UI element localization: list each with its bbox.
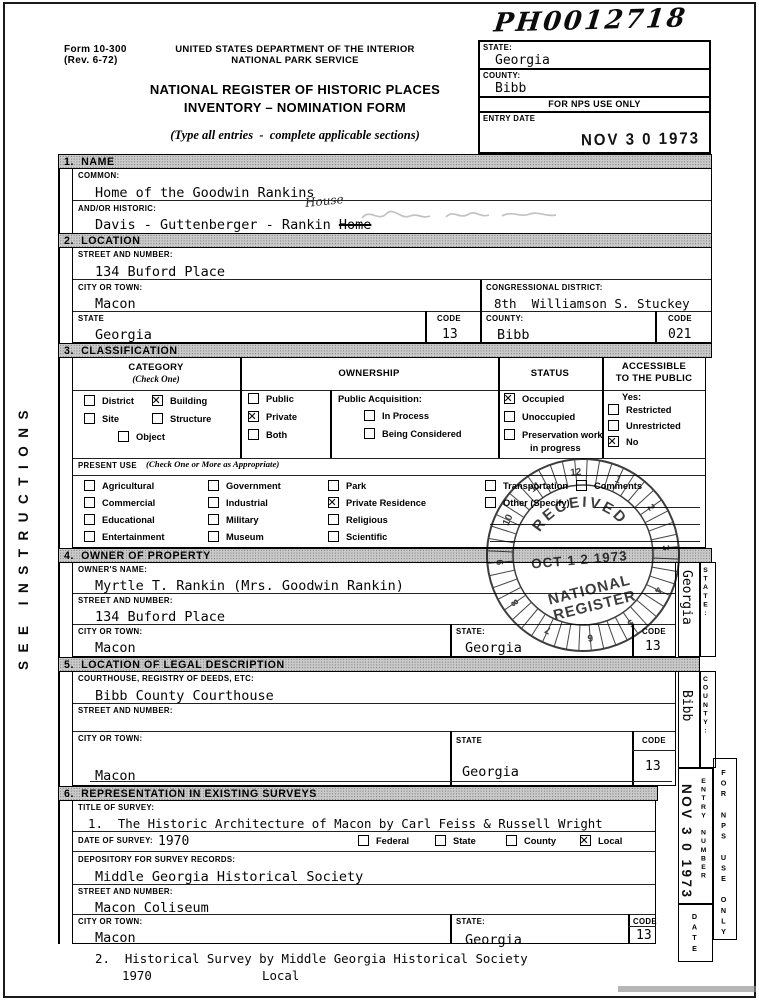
survey-date-label: DATE OF SURVEY:	[78, 836, 153, 845]
section-3-header: 3. CLASSIFICATION	[58, 343, 712, 358]
survey-state-value: Georgia	[465, 933, 522, 948]
category-subheader: (Check One)	[72, 374, 240, 384]
checkbox-agricultural-label: Agricultural	[102, 481, 154, 491]
owner-code-label: CODE	[642, 627, 666, 636]
checkbox-site-label: Site	[102, 414, 119, 424]
survey-state-label: STATE:	[456, 917, 485, 926]
blank-line	[490, 524, 700, 525]
street-label: STREET AND NUMBER:	[78, 250, 173, 259]
checkbox-no	[608, 436, 619, 447]
county-code-label: CODE	[668, 314, 692, 323]
checkbox-local	[580, 835, 591, 846]
category-header: CATEGORY	[72, 362, 240, 373]
courthouse-label: COURTHOUSE, REGISTRY OF DEEDS, ETC:	[78, 674, 254, 683]
checkbox-private-label: Private	[266, 412, 297, 422]
footer-survey-line: 2. Historical Survey by Middle Georgia H…	[95, 952, 528, 966]
handwritten-scribble	[356, 203, 566, 227]
legal-city-label: CITY OR TOWN:	[78, 734, 142, 743]
checkbox-local-label: Local	[598, 836, 622, 846]
checkbox-private-residence-label: Private Residence	[346, 498, 426, 508]
checkbox-private-residence	[328, 497, 339, 508]
public-acquisition-label: Public Acquisition:	[338, 394, 422, 404]
form-title-line2: INVENTORY – NOMINATION FORM	[100, 100, 490, 115]
nps-county-label: COUNTY:	[483, 71, 520, 80]
nps-county-value: Bibb	[495, 82, 526, 96]
checkbox-object-label: Object	[136, 432, 165, 442]
checkbox-military	[208, 514, 219, 525]
checkbox-occupied-label: Occupied	[522, 394, 564, 404]
checkbox-federal	[358, 835, 369, 846]
survey-code-value: 13	[636, 929, 652, 943]
checkbox-military-label: Military	[226, 515, 259, 525]
checkbox-entertainment-label: Entertainment	[102, 532, 165, 542]
checkbox-county	[506, 835, 517, 846]
county-value: Bibb	[497, 328, 530, 343]
legal-code-value: 13	[645, 760, 661, 774]
checkbox-district-label: District	[102, 396, 134, 406]
checkbox-state-label: State	[453, 836, 476, 846]
present-use-subheader: (Check One or More as Appropriate)	[146, 459, 279, 469]
checkbox-public	[248, 393, 259, 404]
checkbox-public-label: Public	[266, 394, 294, 404]
checkbox-commercial	[84, 497, 95, 508]
survey-date-value: 1970	[158, 835, 189, 849]
see-instructions-note: SEE INSTRUCTIONS	[16, 358, 31, 670]
checkbox-comments-label: Comments	[594, 481, 642, 491]
checkbox-building	[152, 395, 163, 406]
state-code-value: 13	[442, 328, 458, 342]
sidebar-county-label: COUNTY:	[702, 676, 709, 736]
scanned-form-page: PH0012718 Form 10-300 (Rev. 6-72) UNITED…	[0, 0, 759, 1000]
footer-survey-year: 1970	[122, 969, 152, 983]
checkbox-comments	[576, 480, 587, 491]
checkbox-agricultural	[84, 480, 95, 491]
checkbox-unoccupied	[504, 411, 515, 422]
type-note: (Type all entries - complete applicable …	[130, 128, 460, 143]
checkbox-restricted	[608, 404, 619, 415]
owner-state-label: STATE:	[456, 627, 485, 636]
section-2-header: 2. LOCATION	[58, 233, 712, 248]
survey-city-label: CITY OR TOWN:	[78, 917, 142, 926]
entry-rule-line	[90, 781, 672, 782]
historic-name-label: AND/OR HISTORIC:	[78, 204, 156, 213]
ownership-header: OWNERSHIP	[240, 368, 498, 379]
checkbox-unrestricted	[608, 420, 619, 431]
sidebar-county-value: Bibb	[679, 690, 694, 721]
common-name-label: COMMON:	[78, 171, 119, 180]
form-title-line1: NATIONAL REGISTER OF HISTORIC PLACES	[100, 82, 490, 97]
state-code-label: CODE	[437, 314, 461, 323]
county-label: COUNTY:	[486, 314, 523, 323]
historic-name-value: Davis - Guttenberger - Rankin Home	[95, 218, 371, 233]
checkbox-unoccupied-label: Unoccupied	[522, 412, 575, 422]
form-revision: (Rev. 6-72)	[64, 55, 118, 66]
checkbox-structure-label: Structure	[170, 414, 211, 424]
sidebar-entry-date-stamp: NOV 3 0 1973	[679, 784, 694, 900]
sidebar-state-label: STATE:	[702, 567, 709, 619]
nps-use-only-label: FOR NPS USE ONLY	[479, 99, 710, 109]
state-value: Georgia	[95, 328, 152, 343]
checkbox-object	[118, 431, 129, 442]
checkbox-restricted-label: Restricted	[626, 405, 671, 415]
owner-state-value: Georgia	[465, 641, 522, 656]
survey-title-label: TITLE OF SURVEY:	[78, 803, 154, 812]
checkbox-in-process	[364, 410, 375, 421]
section-6-header: 6. REPRESENTATION IN EXISTING SURVEYS	[58, 786, 658, 801]
survey-title-value: 1. The Historic Architecture of Macon by…	[88, 817, 603, 831]
checkbox-scientific-label: Scientific	[346, 532, 387, 542]
service-line: NATIONAL PARK SERVICE	[130, 55, 460, 66]
checkbox-scientific	[328, 531, 339, 542]
checkbox-commercial-label: Commercial	[102, 498, 155, 508]
depository-label: DEPOSITORY FOR SURVEY RECORDS:	[78, 855, 235, 864]
legal-state-value: Georgia	[462, 765, 519, 780]
department-line: UNITED STATES DEPARTMENT OF THE INTERIOR	[130, 44, 460, 55]
nps-state-label: STATE:	[483, 43, 512, 52]
checkbox-museum-label: Museum	[226, 532, 264, 542]
footer-survey-level: Local	[262, 969, 299, 983]
checkbox-other-label: Other (Specify)	[503, 498, 570, 508]
checkbox-private	[248, 411, 259, 422]
city-value: Macon	[95, 297, 136, 312]
status-header: STATUS	[498, 368, 602, 379]
congressional-value: 8th Williamson S. Stuckey	[494, 297, 690, 311]
depository-value: Middle Georgia Historical Society	[95, 870, 363, 885]
scan-artifact-bar	[618, 986, 756, 992]
entry-date-label: ENTRY DATE	[483, 114, 535, 123]
survey-street-label: STREET AND NUMBER:	[78, 887, 173, 896]
checkbox-preservation	[504, 429, 515, 440]
accessible-yes-label: Yes:	[622, 392, 641, 402]
checkbox-religious	[328, 514, 339, 525]
accessible-header-line1: ACCESSIBLE	[602, 361, 706, 372]
state-label: STATE	[78, 314, 104, 323]
owner-name-value: Myrtle T. Rankin (Mrs. Goodwin Rankin)	[95, 579, 404, 594]
checkbox-site	[84, 413, 95, 424]
checkbox-both-label: Both	[266, 430, 287, 440]
section-1-header: 1. NAME	[58, 154, 712, 169]
checkbox-occupied	[504, 393, 515, 404]
owner-name-label: OWNER'S NAME:	[78, 565, 147, 574]
checkbox-structure	[152, 413, 163, 424]
nps-state-value: Georgia	[495, 54, 550, 68]
checkbox-building-label: Building	[170, 396, 207, 406]
owner-street-label: STREET AND NUMBER:	[78, 596, 173, 605]
owner-city-value: Macon	[95, 641, 136, 656]
entry-date-stamp: NOV 3 0 1973	[581, 129, 700, 149]
present-use-label: PRESENT USE	[78, 461, 137, 470]
checkbox-unrestricted-label: Unrestricted	[626, 421, 681, 431]
owner-street-value: 134 Buford Place	[95, 610, 225, 625]
checkbox-preservation-label: Preservation work	[522, 430, 603, 440]
sidebar-state-value: Georgia	[679, 570, 694, 625]
sidebar-date-label: DATE	[690, 912, 699, 954]
checkbox-park	[328, 480, 339, 491]
checkbox-government	[208, 480, 219, 491]
city-label: CITY OR TOWN:	[78, 283, 142, 292]
checkbox-federal-label: Federal	[376, 836, 409, 846]
checkbox-being-considered-label: Being Considered	[382, 429, 462, 439]
section-3-box	[72, 357, 706, 548]
county-code-value: 021	[668, 328, 691, 342]
checkbox-government-label: Government	[226, 481, 281, 491]
checkbox-no-label: No	[626, 437, 638, 447]
checkbox-religious-label: Religious	[346, 515, 388, 525]
checkbox-museum	[208, 531, 219, 542]
checkbox-county-label: County	[524, 836, 556, 846]
checkbox-in-process-label: In Process	[382, 411, 429, 421]
checkbox-park-label: Park	[346, 481, 366, 491]
congressional-label: CONGRESSIONAL DISTRICT:	[486, 283, 603, 292]
checkbox-state	[435, 835, 446, 846]
form-number: Form 10-300	[64, 44, 127, 55]
preservation-label-line2: in progress	[530, 443, 581, 453]
sidebar-nps-use-label: FOR NPS USE ONLY	[719, 768, 728, 938]
checkbox-educational	[84, 514, 95, 525]
blank-line	[595, 507, 700, 508]
checkbox-entertainment	[84, 531, 95, 542]
checkbox-industrial-label: Industrial	[226, 498, 268, 508]
checkbox-transportation	[485, 480, 496, 491]
checkbox-district	[84, 395, 95, 406]
accessible-header-line2: TO THE PUBLIC	[602, 373, 706, 384]
legal-street-label: STREET AND NUMBER:	[78, 706, 173, 715]
courthouse-value: Bibb County Courthouse	[95, 689, 274, 704]
legal-state-label: STATE	[456, 736, 482, 745]
owner-city-label: CITY OR TOWN:	[78, 627, 142, 636]
checkbox-both	[248, 429, 259, 440]
section-2-box	[72, 247, 712, 343]
survey-code-label: CODE	[633, 917, 657, 926]
handwritten-reference-number: PH0012718	[492, 3, 689, 38]
street-value: 134 Buford Place	[95, 265, 225, 280]
section-4-header: 4. OWNER OF PROPERTY	[58, 548, 712, 563]
common-name-value: Home of the Goodwin Rankins	[95, 186, 314, 201]
checkbox-transportation-label: Transportation	[503, 481, 568, 491]
legal-code-label: CODE	[642, 736, 666, 745]
section-5-header: 5. LOCATION OF LEGAL DESCRIPTION	[58, 657, 700, 672]
checkbox-other	[485, 497, 496, 508]
checkbox-industrial	[208, 497, 219, 508]
survey-city-value: Macon	[95, 931, 136, 946]
checkbox-being-considered	[364, 428, 375, 439]
sidebar-entry-number-label: ENTRY NUMBER	[700, 778, 707, 881]
blank-line	[490, 541, 700, 542]
checkbox-educational-label: Educational	[102, 515, 155, 525]
owner-code-value: 13	[645, 640, 661, 654]
